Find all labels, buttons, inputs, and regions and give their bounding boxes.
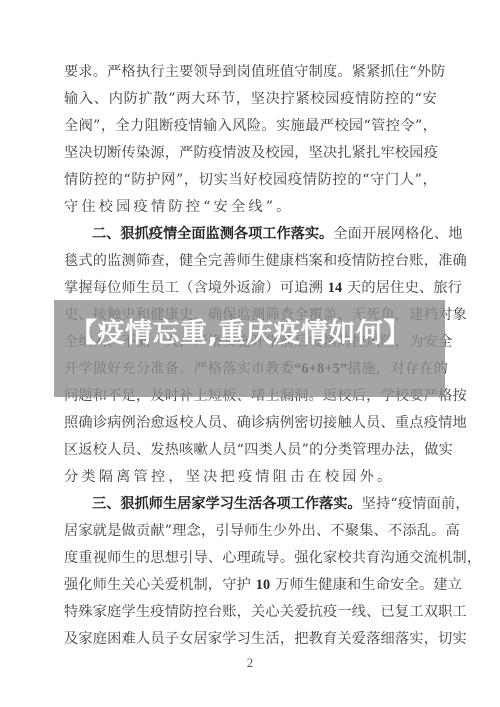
section-2-line-3-b: 天的居住史、旅行 — [347, 280, 462, 296]
paragraph-1-line-4: 坚决切断传染源，严防疫情波及校园，坚决扎紧扎牢校园疫 — [64, 143, 437, 163]
people-number: 10 — [256, 577, 271, 593]
paragraph-1-line-3: 全阀”，全力阻断疫情输入风险。实施最严校园“管控令”， — [64, 116, 437, 136]
section-3-line-2: 居家就是做贡献”理念，引导师生少外出、不聚集、不添乱。高 — [64, 521, 437, 541]
section-3-line-6: 及家庭困难人员子女居家学习生活，把教育关爱落细落实，切实 — [64, 629, 437, 649]
paragraph-1-line-1: 要求。严格执行主要领导到岗值班值守制度。紧紧抓住“外防 — [64, 62, 437, 82]
section-2-line-9: 区返校人员、发热咳嗽人员“四类人员”的分类管理办法，做实 — [64, 440, 437, 460]
section-3-line-4-b: 万师生健康和生命安全。建立 — [275, 577, 462, 593]
section-2-line-8: 照确诊病例治愈返校人员、确诊病例密切接触人员、重点疫情地 — [64, 413, 437, 433]
section-3-line-4: 强化师生关心关爱机制，守护 10 万师生健康和生命安全。建立 — [64, 575, 437, 595]
document-page: 要求。严格执行主要领导到岗值班值守制度。紧紧抓住“外防 输入、内防扩散”两大环节… — [0, 0, 500, 707]
section-3-first-line-rest: 坚持“疫情面前， — [362, 496, 470, 512]
section-3-line-3: 度重视师生的思想引导、心理疏导。强化家校共育沟通交流机制， — [64, 548, 437, 568]
section-3-first-line: 三、狠抓师生居家学习生活各项工作落实。坚持“疫情面前， — [92, 494, 437, 514]
paragraph-1-line-6: 守住校园疫情防控“安全线”。 — [64, 197, 437, 217]
overlay-title: 【疫情忘重,重庆疫情如何】 — [70, 316, 450, 352]
page-number: 2 — [0, 655, 500, 671]
days-number: 14 — [328, 280, 343, 296]
paragraph-1-line-2: 输入、内防扩散”两大环节，坚决拧紧校园疫情防控的“安 — [64, 89, 437, 109]
paragraph-1-line-5: 情防控的“防护网”，切实当好校园疫情防控的“守门人”， — [64, 170, 437, 190]
section-2-first-line-rest: 全面开展网格化、地 — [333, 226, 463, 242]
section-2-line-3-a: 掌握每位师生员工（含境外返渝）可追溯 — [64, 280, 323, 296]
section-2-heading: 二、狠抓疫情全面监测各项工作落实。 — [92, 226, 333, 242]
section-2-line-2: 毯式的监测筛查，健全完善师生健康档案和疫情防控台账，准确 — [64, 251, 437, 271]
section-2-line-3: 掌握每位师生员工（含境外返渝）可追溯 14 天的居住史、旅行 — [64, 278, 437, 298]
section-3-heading: 三、狠抓师生居家学习生活各项工作落实。 — [92, 496, 362, 512]
section-2-first-line: 二、狠抓疫情全面监测各项工作落实。全面开展网格化、地 — [92, 224, 437, 244]
section-3-line-4-a: 强化师生关心关爱机制，守护 — [64, 577, 251, 593]
section-2-line-10: 分类隔离管控，坚决把疫情阻击在校园外。 — [64, 467, 437, 487]
section-3-line-5: 特殊家庭学生疫情防控台账，关心关爱抗疫一线、已复工双职工 — [64, 602, 437, 622]
